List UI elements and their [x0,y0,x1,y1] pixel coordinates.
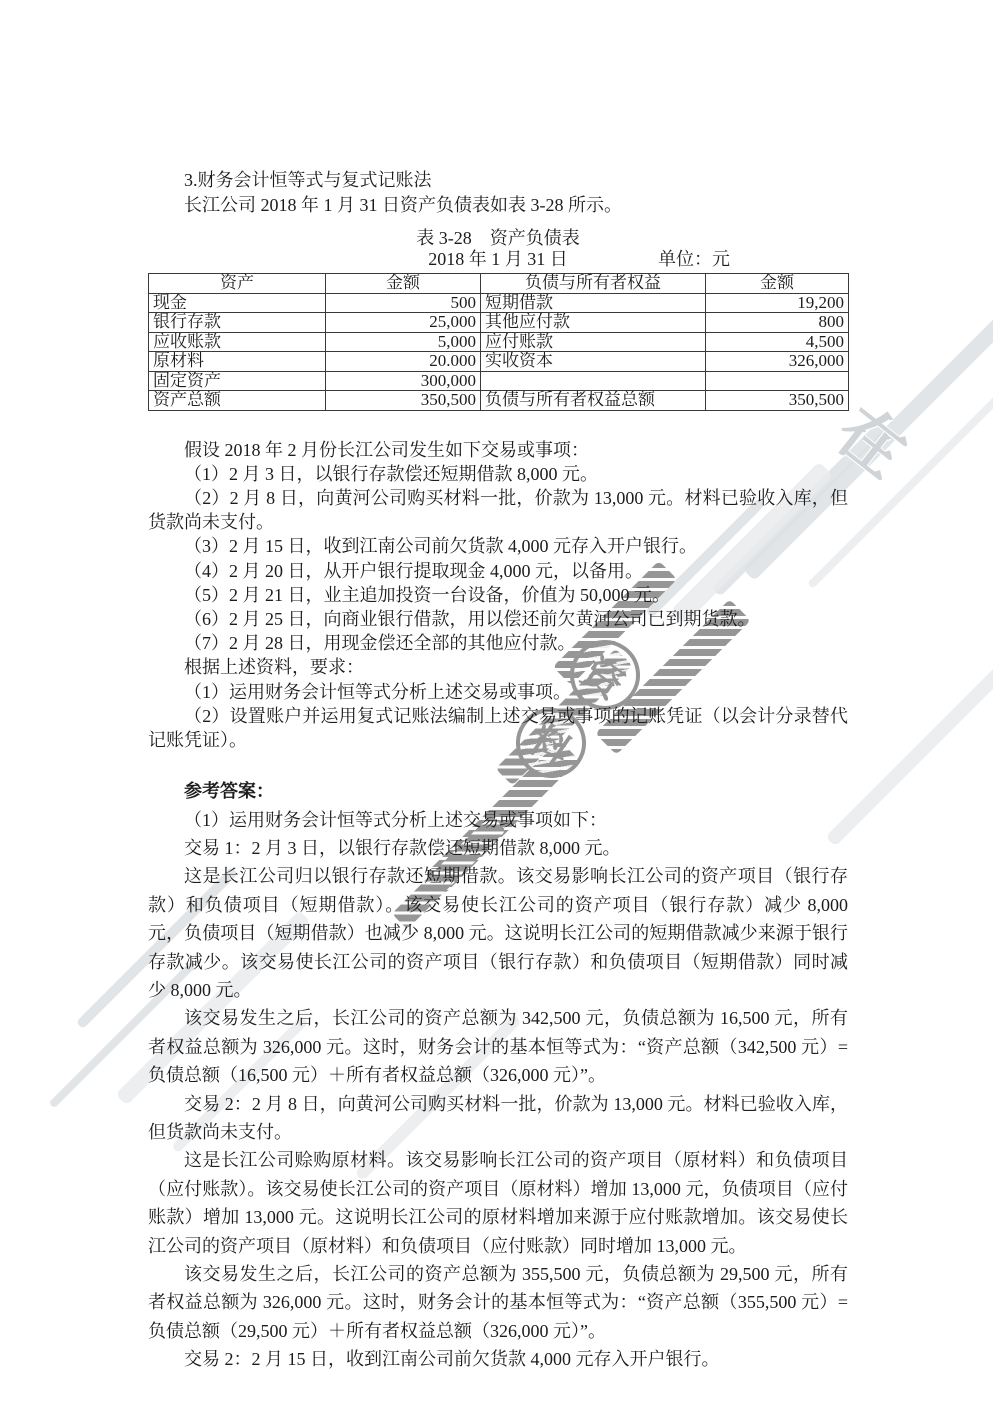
answer-paragraph: 这是长江公司归以银行存款还短期借款。该交易影响长江公司的资产项目（银行存款）和负… [148,862,848,1004]
balance-sheet-table: 资产 金额 负债与所有者权益 金额 现金 500 短期借款 19,200 银行存… [148,273,849,411]
table-cell-liability-name: 短期借款 [481,293,706,313]
table-cell-liability-total-amount: 350,500 [706,391,849,411]
question-requirements-lead: 根据上述资料，要求： [148,655,848,679]
table-meta-row: 2018 年 1 月 31 日 单位：元 [148,249,848,270]
answer-heading: 参考答案： [148,777,848,805]
table-cell-liability-name: 实收资本 [481,352,706,372]
table-cell-liability-name: 其他应付款 [481,313,706,333]
question-paragraph: （5）2 月 21 日，业主追加投资一台设备，价值为 50,000 元。 [148,583,848,607]
table-cell-asset-name: 应收账款 [149,332,326,352]
table-cell-liability-amount: 19,200 [706,293,849,313]
table-cell-asset-name: 现金 [149,293,326,313]
table-cell-liability-amount [706,371,849,391]
table-cell-asset-amount: 5,000 [326,332,481,352]
question-paragraph: （7）2 月 28 日，用现金偿还全部的其他应付款。 [148,631,848,655]
table-row: 固定资产 300,000 [149,371,849,391]
intro-block: 3.财务会计恒等式与复式记账法 长江公司 2018 年 1 月 31 日资产负债… [148,168,848,218]
table-header-amount-left: 金额 [326,274,481,294]
table-cell-asset-amount: 25,000 [326,313,481,333]
table-date: 2018 年 1 月 31 日 [428,249,568,269]
question-block: 假设 2018 年 2 月份长江公司发生如下交易或事项： （1）2 月 3 日，… [148,438,848,753]
table-cell-asset-total-label: 资产总额 [149,391,326,411]
intro-text: 长江公司 2018 年 1 月 31 日资产负债表如表 3-28 所示。 [148,193,848,218]
question-requirement: （1）运用财务会计恒等式分析上述交易或事项。 [148,680,848,704]
question-paragraph: （1）2 月 3 日，以银行存款偿还短期借款 8,000 元。 [148,462,848,486]
table-row: 银行存款 25,000 其他应付款 800 [149,313,849,333]
table-row: 应收账款 5,000 应付账款 4,500 [149,332,849,352]
answer-paragraph: 交易 2：2 月 8 日，向黄河公司购买材料一批，价款为 13,000 元。材料… [148,1090,848,1147]
question-paragraph: （6）2 月 25 日，向商业银行借款，用以偿还前欠黄河公司已到期货款。 [148,607,848,631]
table-header-amount-right: 金额 [706,274,849,294]
table-header-assets: 资产 [149,274,326,294]
table-cell-asset-total-amount: 350,500 [326,391,481,411]
answer-paragraph: 该交易发生之后，长江公司的资产总额为 355,500 元，负债总额为 29,50… [148,1260,848,1345]
table-cell-liability-amount: 4,500 [706,332,849,352]
table-cell-asset-amount: 300,000 [326,371,481,391]
table-row: 现金 500 短期借款 19,200 [149,293,849,313]
section-heading: 3.财务会计恒等式与复式记账法 [148,168,848,193]
answer-block: 参考答案： （1）运用财务会计恒等式分析上述交易或事项如下： 交易 1：2 月 … [148,777,848,1374]
answer-paragraph: 交易 2：2 月 15 日，收到江南公司前欠货款 4,000 元存入开户银行。 [148,1345,848,1373]
table-cell-asset-name: 固定资产 [149,371,326,391]
answer-paragraph: 该交易发生之后，长江公司的资产总额为 342,500 元，负债总额为 16,50… [148,1004,848,1089]
table-cell-liability-total-label: 负债与所有者权益总额 [481,391,706,411]
table-cell-liability-name [481,371,706,391]
question-paragraph: （4）2 月 20 日，从开户银行提取现金 4,000 元，以备用。 [148,559,848,583]
table-cell-liability-amount: 800 [706,313,849,333]
table-cell-asset-name: 原材料 [149,352,326,372]
table-caption: 表 3-28 资产负债表 [148,227,848,249]
table-header-row: 资产 金额 负债与所有者权益 金额 [149,274,849,294]
question-requirement: （2）设置账户并运用复式记账法编制上述交易或事项的记账凭证（以会计分录替代记账凭… [148,704,848,752]
document-content: 3.财务会计恒等式与复式记账法 长江公司 2018 年 1 月 31 日资产负债… [148,168,848,1374]
question-paragraph: （3）2 月 15 日，收到江南公司前欠货款 4,000 元存入开户银行。 [148,534,848,558]
table-cell-asset-name: 银行存款 [149,313,326,333]
table-row-total: 资产总额 350,500 负债与所有者权益总额 350,500 [149,391,849,411]
answer-paragraph: （1）运用财务会计恒等式分析上述交易或事项如下： [148,806,848,834]
answer-paragraph: 这是长江公司赊购原材料。该交易影响长江公司的资产项目（原材料）和负债项目（应付账… [148,1146,848,1260]
table-unit: 单位：元 [658,249,730,270]
question-paragraph: 假设 2018 年 2 月份长江公司发生如下交易或事项： [148,438,848,462]
answer-paragraph: 交易 1：2 月 3 日，以银行存款偿还短期借款 8,000 元。 [148,834,848,862]
document-page: 在 资 料 3.财务会计恒等式与复式记账法 长江公司 2018 年 1 月 31… [0,0,993,1404]
table-cell-liability-amount: 326,000 [706,352,849,372]
table-row: 原材料 20.000 实收资本 326,000 [149,352,849,372]
table-cell-liability-name: 应付账款 [481,332,706,352]
question-paragraph: （2）2 月 8 日，向黄河公司购买材料一批，价款为 13,000 元。材料已验… [148,486,848,534]
table-cell-asset-amount: 500 [326,293,481,313]
table-cell-asset-amount: 20.000 [326,352,481,372]
table-header-liabilities: 负债与所有者权益 [481,274,706,294]
watermark-streak [825,603,993,846]
